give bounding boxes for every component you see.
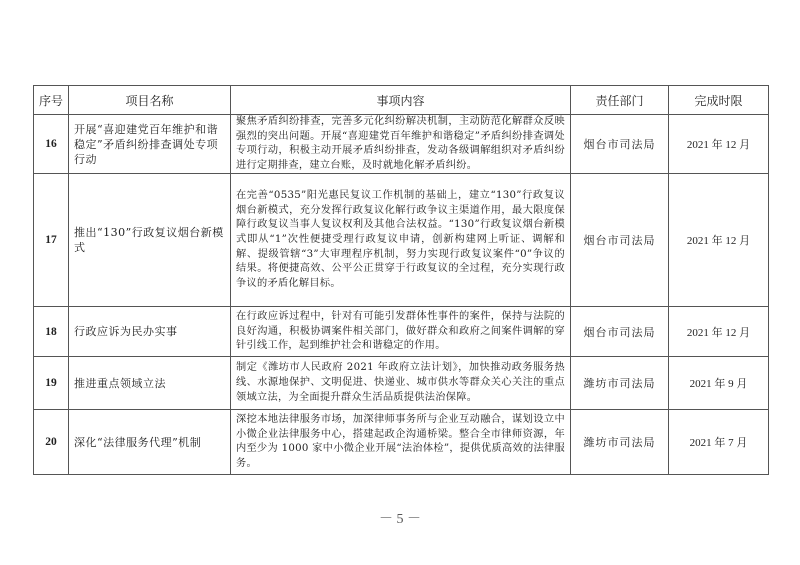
row-content: 深挖本地法律服务市场，加深律师事务所与企业互动融合，谋划设立中小微企业法律服务中… xyxy=(231,410,571,475)
row-project-name: 开展“喜迎建党百年维护和谐稳定”矛盾纠纷排查调处专项行动 xyxy=(69,115,231,174)
task-table: 序号 项目名称 事项内容 责任部门 完成时限 16 开展“喜迎建党百年维护和谐稳… xyxy=(33,85,769,475)
header-project-name: 项目名称 xyxy=(69,86,231,115)
document-page: 序号 项目名称 事项内容 责任部门 完成时限 16 开展“喜迎建党百年维护和谐稳… xyxy=(0,0,800,565)
row-content: 制定《潍坊市人民政府 2021 年政府立法计划》，加快推动政务服务热线、水源地保… xyxy=(231,357,571,410)
row-content: 在完善“0535”阳光惠民复议工作机制的基础上，建立“130”行政复议烟台新模式… xyxy=(231,174,571,307)
row-serial: 20 xyxy=(34,410,69,475)
row-deadline: 2021 年 12 月 xyxy=(669,115,769,174)
row-deadline: 2021 年 7 月 xyxy=(669,410,769,475)
table-row: 17 推出“130”行政复议烟台新模式 在完善“0535”阳光惠民复议工作机制的… xyxy=(34,174,769,307)
row-serial: 16 xyxy=(34,115,69,174)
header-content: 事项内容 xyxy=(231,86,571,115)
row-department: 潍坊市司法局 xyxy=(571,357,669,410)
row-department: 烟台市司法局 xyxy=(571,307,669,357)
row-deadline: 2021 年 12 月 xyxy=(669,174,769,307)
row-serial: 19 xyxy=(34,357,69,410)
header-department: 责任部门 xyxy=(571,86,669,115)
row-project-name: 推进重点领域立法 xyxy=(69,357,231,410)
row-department: 烟台市司法局 xyxy=(571,115,669,174)
row-serial: 18 xyxy=(34,307,69,357)
row-deadline: 2021 年 9 月 xyxy=(669,357,769,410)
table-row: 18 行政应诉为民办实事 在行政应诉过程中，针对有可能引发群体性事件的案件，保持… xyxy=(34,307,769,357)
row-deadline: 2021 年 12 月 xyxy=(669,307,769,357)
row-project-name: 推出“130”行政复议烟台新模式 xyxy=(69,174,231,307)
row-serial: 17 xyxy=(34,174,69,307)
row-department: 潍坊市司法局 xyxy=(571,410,669,475)
header-serial: 序号 xyxy=(34,86,69,115)
table-header-row: 序号 项目名称 事项内容 责任部门 完成时限 xyxy=(34,86,769,115)
page-number: － 5 － xyxy=(0,508,800,528)
table-row: 20 深化“法律服务代理”机制 深挖本地法律服务市场，加深律师事务所与企业互动融… xyxy=(34,410,769,475)
row-content: 聚焦矛盾纠纷排查，完善多元化纠纷解决机制，主动防范化解群众反映强烈的突出问题。开… xyxy=(231,115,571,174)
row-department: 烟台市司法局 xyxy=(571,174,669,307)
row-project-name: 行政应诉为民办实事 xyxy=(69,307,231,357)
table-row: 16 开展“喜迎建党百年维护和谐稳定”矛盾纠纷排查调处专项行动 聚焦矛盾纠纷排查… xyxy=(34,115,769,174)
row-project-name: 深化“法律服务代理”机制 xyxy=(69,410,231,475)
header-deadline: 完成时限 xyxy=(669,86,769,115)
table-row: 19 推进重点领域立法 制定《潍坊市人民政府 2021 年政府立法计划》，加快推… xyxy=(34,357,769,410)
row-content: 在行政应诉过程中，针对有可能引发群体性事件的案件，保持与法院的良好沟通，积极协调… xyxy=(231,307,571,357)
